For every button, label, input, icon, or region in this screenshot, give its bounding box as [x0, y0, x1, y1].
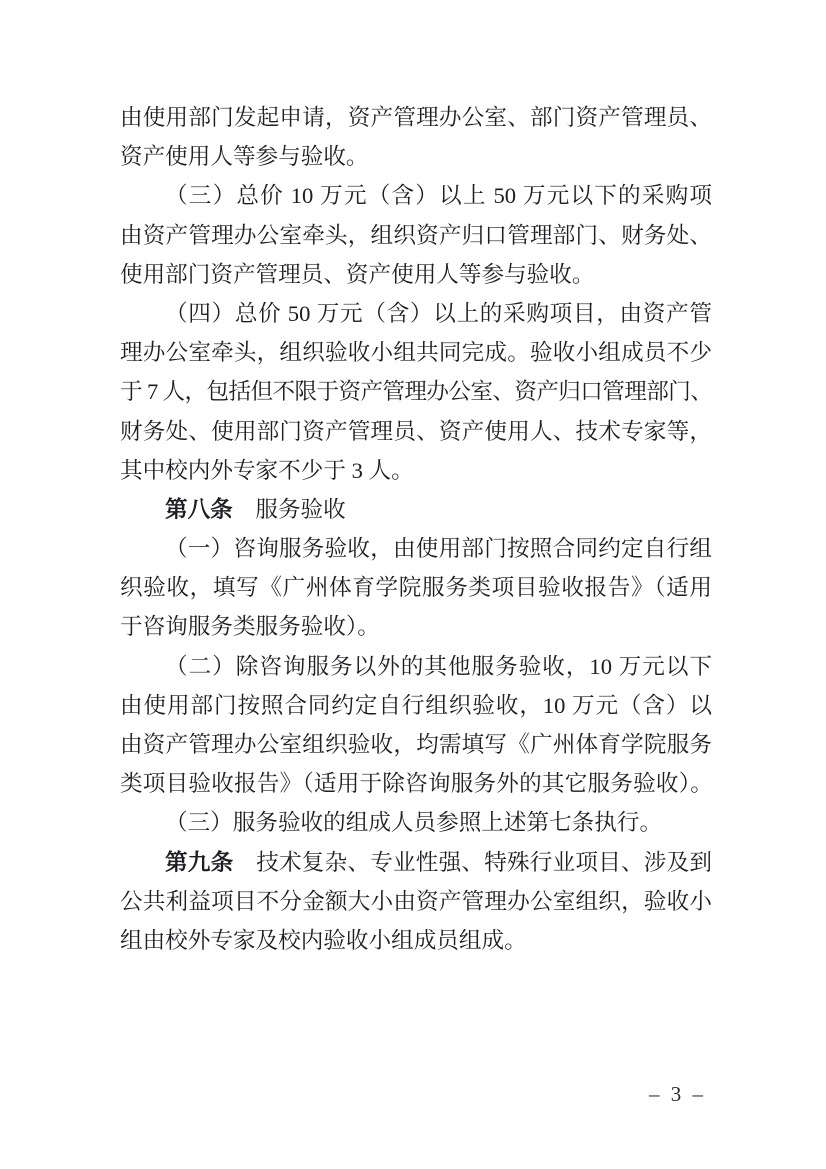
text-line: 第九条 技术复杂、专业性强、特殊行业项目、涉及到	[120, 843, 712, 882]
text-line: （三）总价 10 万元（含）以上 50 万元以下的采购项目，	[120, 176, 712, 215]
text-run: 由资产管理办公室组织验收，均需填写《广州体育学院服务	[120, 732, 712, 757]
text-line: （二）除咨询服务以外的其他服务验收，10 万元以下的	[120, 647, 712, 686]
article-heading-run: 第九条	[165, 850, 233, 875]
text-run: （三）服务验收的组成人员参照上述第七条执行。	[165, 810, 662, 835]
text-line: 于 7 人，包括但不限于资产管理办公室、资产归口管理部门、	[120, 372, 712, 411]
text-run: 类项目验收报告》（适用于除咨询服务外的其它服务验收）。	[120, 771, 712, 796]
text-line: 由资产管理办公室组织验收，均需填写《广州体育学院服务	[120, 725, 712, 764]
text-line: 公共利益项目不分金额大小由资产管理办公室组织，验收小	[120, 882, 712, 921]
text-run: 使用部门资产管理员、资产使用人等参与验收。	[120, 262, 594, 287]
text-run: 由资产管理办公室牵头，组织资产归口管理部门、财务处、	[120, 223, 712, 248]
document-page: { "page": { "background_color": "#ffffff…	[0, 0, 826, 1169]
text-run: 由使用部门按照合同约定自行组织验收，10 万元（含）以上	[120, 693, 712, 725]
text-run: （一）咨询服务验收，由使用部门按照合同约定自行组	[165, 536, 712, 561]
text-run: 组由校外专家及校内验收小组成员组成。	[120, 928, 527, 953]
document-body: 由使用部门发起申请，资产管理办公室、部门资产管理员、资产使用人等参与验收。（三）…	[120, 98, 712, 960]
text-run: 公共利益项目不分金额大小由资产管理办公室组织，验收小	[120, 889, 712, 914]
text-line: 由使用部门发起申请，资产管理办公室、部门资产管理员、	[120, 98, 712, 137]
text-run: 服务验收	[233, 497, 346, 522]
text-line: 由使用部门按照合同约定自行组织验收，10 万元（含）以上	[120, 686, 712, 725]
text-run: 技术复杂、专业性强、特殊行业项目、涉及到	[233, 850, 712, 875]
text-run: 于 7 人，包括但不限于资产管理办公室、资产归口管理部门、	[120, 379, 712, 404]
text-line: （一）咨询服务验收，由使用部门按照合同约定自行组	[120, 529, 712, 568]
text-line: 理办公室牵头，组织验收小组共同完成。验收小组成员不少	[120, 333, 712, 372]
text-run: 理办公室牵头，组织验收小组共同完成。验收小组成员不少	[120, 340, 712, 365]
text-run: 其中校内外专家不少于 3 人。	[120, 458, 414, 483]
text-line: 财务处、使用部门资产管理员、资产使用人、技术专家等，	[120, 412, 712, 451]
text-run: 财务处、使用部门资产管理员、资产使用人、技术专家等，	[120, 419, 712, 444]
article-heading-run: 第八条	[165, 497, 233, 522]
page-number: – 3 –	[649, 1080, 706, 1108]
text-line: 使用部门资产管理员、资产使用人等参与验收。	[120, 255, 712, 294]
text-run: （四）总价 50 万元（含）以上的采购项目，由资产管	[165, 301, 712, 326]
text-line: 由资产管理办公室牵头，组织资产归口管理部门、财务处、	[120, 216, 712, 255]
text-run: 由使用部门发起申请，资产管理办公室、部门资产管理员、	[120, 105, 712, 130]
text-line: 第八条 服务验收	[120, 490, 712, 529]
text-line: 资产使用人等参与验收。	[120, 137, 712, 176]
text-line: （四）总价 50 万元（含）以上的采购项目，由资产管	[120, 294, 712, 333]
text-run: （三）总价 10 万元（含）以上 50 万元以下的采购项目，	[120, 183, 712, 215]
text-line: 组由校外专家及校内验收小组成员组成。	[120, 921, 712, 960]
text-run: 织验收，填写《广州体育学院服务类项目验收报告》（适用	[120, 575, 712, 600]
text-line: （三）服务验收的组成人员参照上述第七条执行。	[120, 803, 712, 842]
text-run: 资产使用人等参与验收。	[120, 144, 369, 169]
text-line: 于咨询服务类服务验收）。	[120, 607, 712, 646]
text-line: 类项目验收报告》（适用于除咨询服务外的其它服务验收）。	[120, 764, 712, 803]
text-line: 织验收，填写《广州体育学院服务类项目验收报告》（适用	[120, 568, 712, 607]
text-line: 其中校内外专家不少于 3 人。	[120, 451, 712, 490]
text-run: （二）除咨询服务以外的其他服务验收，10 万元以下的	[120, 654, 712, 686]
text-run: 于咨询服务类服务验收）。	[120, 614, 380, 639]
